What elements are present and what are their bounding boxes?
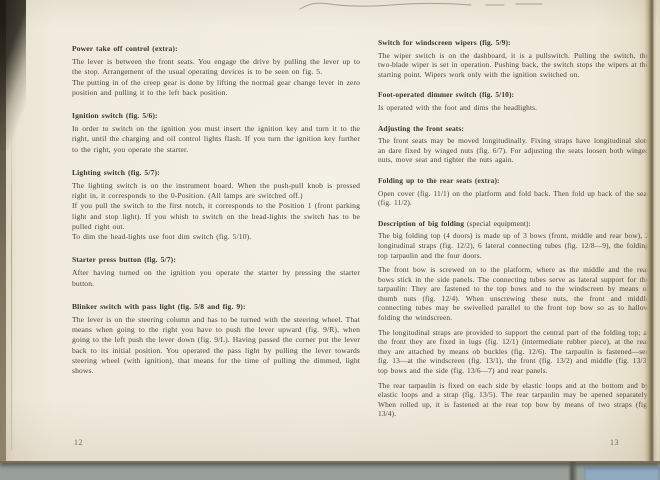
paragraph: The front seats may be moved longitudina… — [378, 136, 649, 165]
section-dimmer-switch: Foot-operated dimmer switch (fig. 5/10):… — [378, 90, 649, 112]
paragraph: If you pull the switch to the first notc… — [72, 201, 360, 232]
section-heading: Switch for windscreen wipers (fig. 5/9): — [378, 38, 649, 48]
section-ignition-switch: Ignition switch (fig. 5/6): In order to … — [72, 111, 360, 155]
section-heading: Blinker switch with pass light (fig. 5/8… — [72, 302, 360, 312]
section-windscreen-wipers: Switch for windscreen wipers (fig. 5/9):… — [378, 38, 649, 79]
section-heading: Starter press button (fig. 5/7): — [72, 255, 360, 265]
paragraph: The rear tarpaulin is fixed on each side… — [378, 381, 649, 419]
section-power-take-off: Power take off control (extra): The leve… — [72, 44, 360, 98]
section-heading: Folding up to the rear seats (extra): — [378, 176, 649, 186]
section-heading: Foot-operated dimmer switch (fig. 5/10): — [378, 90, 649, 100]
paragraph: The putting in of the creep gear is done… — [72, 78, 360, 98]
section-big-folding-description: Description of big folding (special equi… — [378, 219, 649, 419]
paragraph: The longitudinal straps are provided to … — [378, 328, 649, 376]
scan-scratch-mark — [296, 0, 552, 12]
page-number-right: 13 — [610, 438, 619, 447]
page-left-column: Power take off control (extra): The leve… — [72, 44, 360, 376]
page-right-column: Switch for windscreen wipers (fig. 5/9):… — [378, 38, 649, 419]
section-heading: Power take off control (extra): — [72, 44, 360, 54]
paragraph: The front bow is screwed on to the platf… — [378, 265, 649, 323]
paragraph: The lever is on the steering column and … — [72, 315, 360, 376]
section-adjusting-front-seats: Adjusting the front seats: The front sea… — [378, 124, 649, 165]
scanned-manual-spread: Power take off control (extra): The leve… — [0, 0, 660, 463]
section-starter-button: Starter press button (fig. 5/7): After h… — [72, 255, 360, 289]
paragraph: To dim the head-lights use foot dim swit… — [72, 232, 360, 242]
heading-note-part: (special equipment): — [464, 219, 531, 228]
heading-bold-part: Description of big folding — [378, 219, 464, 228]
paper-crease — [11, 120, 12, 450]
page-stack-edge — [644, 0, 660, 461]
paragraph: Open cover (fig. 11/1) on the platform a… — [378, 189, 649, 208]
paragraph: After having turned on the ignition you … — [72, 268, 360, 288]
paragraph: In order to switch on the ignition you m… — [72, 124, 360, 155]
paragraph: The wiper switch is on the dashboard, it… — [378, 51, 649, 80]
section-blinker-switch: Blinker switch with pass light (fig. 5/8… — [72, 302, 360, 376]
paragraph: The big folding top (4 doors) is made up… — [378, 231, 649, 260]
paragraph: The lever is between the front seats. Yo… — [72, 57, 360, 77]
section-heading: Ignition switch (fig. 5/6): — [72, 111, 360, 121]
section-lighting-switch: Lighting switch (fig. 5/7): The lighting… — [72, 168, 360, 242]
section-heading: Lighting switch (fig. 5/7): — [72, 168, 360, 178]
section-folding-rear-seats: Folding up to the rear seats (extra): Op… — [378, 176, 649, 208]
section-heading: Description of big folding (special equi… — [378, 219, 649, 229]
page-left-edge — [0, 0, 6, 461]
section-heading: Adjusting the front seats: — [378, 124, 649, 134]
paragraph: Is operated with the foot and dims the h… — [378, 103, 649, 113]
paragraph: The lighting switch is on the instrument… — [72, 181, 360, 201]
table-shadow-streak — [568, 462, 578, 480]
book-cover-edge — [584, 467, 660, 480]
page-number-left: 12 — [74, 438, 83, 447]
